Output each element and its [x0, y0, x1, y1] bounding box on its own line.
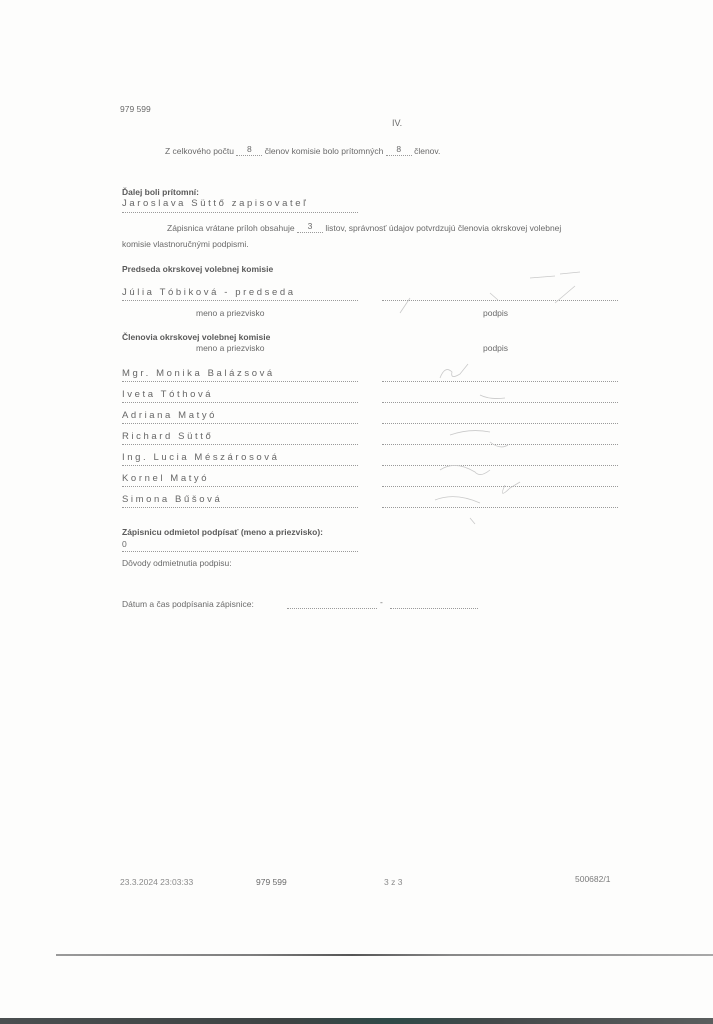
chairman-signature-line[interactable]	[382, 299, 618, 301]
chairman-name-caption: meno a priezvisko	[196, 308, 265, 318]
refusal-dotted-line	[122, 550, 358, 552]
member-signature-line[interactable]	[382, 485, 618, 487]
member-name-dotted-line	[122, 506, 358, 508]
attendance-middle: členov komisie bolo prítomných	[265, 146, 384, 156]
footer-doc-id: 500682/1	[575, 874, 610, 884]
attendance-suffix: členov.	[414, 146, 440, 156]
footer-timestamp: 23.3.2024 23:03:33	[120, 877, 193, 887]
sheets-suffix: listov, správnosť údajov potvrdzujú člen…	[325, 223, 561, 233]
refusal-reasons-label: Dôvody odmietnutia podpisu:	[122, 558, 232, 568]
scan-edge	[0, 1018, 713, 1024]
refusal-value: 0	[122, 539, 127, 549]
signing-date-field[interactable]	[287, 607, 377, 609]
signing-time-field[interactable]	[390, 607, 478, 609]
attendance-line: Z celkového počtu 8 členov komisie bolo …	[165, 145, 440, 156]
total-members-value: 8	[236, 145, 262, 156]
member-signature-line[interactable]	[382, 422, 618, 424]
present-members-value: 8	[386, 145, 412, 156]
bottom-rule	[56, 954, 713, 956]
member-name-dotted-line	[122, 422, 358, 424]
member-name: Adriana Matyó	[122, 410, 217, 421]
others-present-names: Jaroslava Süttő zapisovateľ	[122, 198, 309, 209]
footer-page: 3 z 3	[384, 877, 402, 887]
sheets-count: 3	[297, 222, 323, 233]
section-number: IV.	[392, 118, 402, 128]
member-signature-line[interactable]	[382, 506, 618, 508]
member-name: Mgr. Monika Balázsová	[122, 368, 275, 379]
member-name-dotted-line	[122, 401, 358, 403]
chairman-signature-caption: podpis	[483, 308, 508, 318]
member-signature-line[interactable]	[382, 443, 618, 445]
member-name-dotted-line	[122, 380, 358, 382]
members-name-caption: meno a priezvisko	[196, 343, 265, 353]
member-name: Kornel Matyó	[122, 473, 209, 484]
district-code: 979 599	[120, 104, 151, 114]
signing-date-separator: -	[380, 597, 383, 607]
others-present-heading: Ďalej boli prítomní:	[122, 187, 199, 197]
member-name-dotted-line	[122, 443, 358, 445]
member-signature-line[interactable]	[382, 401, 618, 403]
chairman-heading: Predseda okrskovej volebnej komisie	[122, 264, 273, 274]
sheets-line: Zápisnica vrátane príloh obsahuje 3 list…	[167, 222, 561, 233]
member-name: Iveta Tóthová	[122, 389, 213, 400]
chairman-name-dotted-line	[122, 299, 358, 301]
chairman-name: Júlia Tóbiková - predseda	[122, 287, 296, 298]
member-name: Richard Süttő	[122, 431, 213, 442]
member-signature-line[interactable]	[382, 464, 618, 466]
sheets-line2: komisie vlastnoručnými podpismi.	[122, 239, 249, 249]
sheets-prefix: Zápisnica vrátane príloh obsahuje	[167, 223, 295, 233]
footer-district-code: 979 599	[256, 877, 287, 887]
member-name-dotted-line	[122, 464, 358, 466]
attendance-prefix: Z celkového počtu	[165, 146, 234, 156]
refusal-heading: Zápisnicu odmietol podpísať (meno a prie…	[122, 527, 323, 537]
members-signature-caption: podpis	[483, 343, 508, 353]
member-name: Simona Bűšová	[122, 494, 222, 505]
signing-date-label: Dátum a čas podpísania zápisnice:	[122, 599, 254, 609]
member-signature-line[interactable]	[382, 380, 618, 382]
member-name: Ing. Lucia Mészárosová	[122, 452, 280, 463]
members-heading: Členovia okrskovej volebnej komisie	[122, 332, 270, 342]
others-present-dotted-line	[122, 211, 358, 213]
member-name-dotted-line	[122, 485, 358, 487]
